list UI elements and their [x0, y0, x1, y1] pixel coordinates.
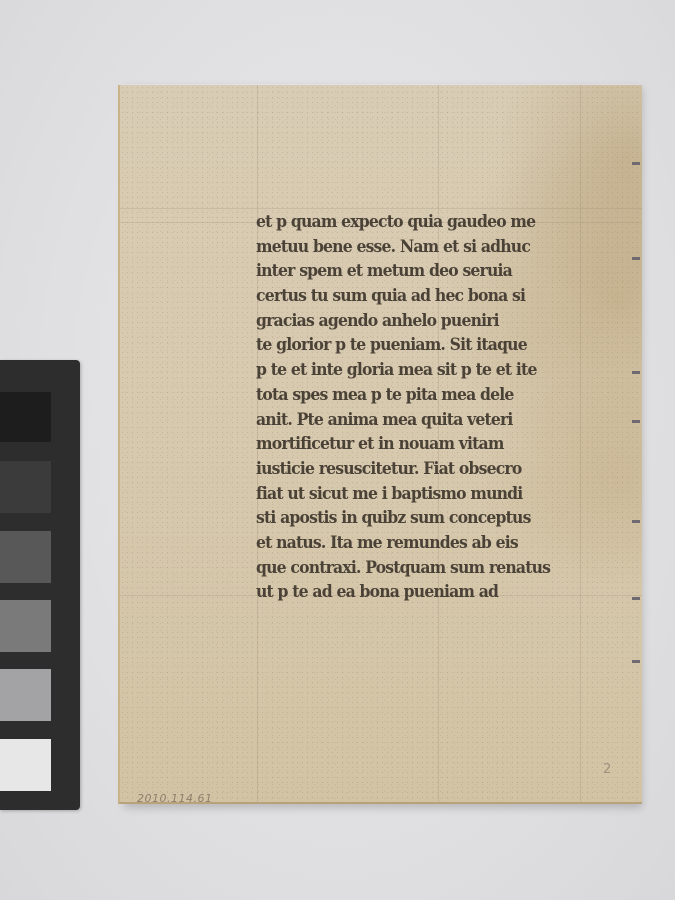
text-line: ut p te ad ea bona pueniam ad: [256, 580, 550, 605]
edge-notch: [632, 257, 640, 260]
swatch-medium-dark-gray: [0, 531, 51, 583]
text-line: certus tu sum quia ad hec bona si: [256, 284, 550, 309]
edge-notch: [632, 660, 640, 663]
edge-notch: [632, 597, 640, 600]
ruling-line-vertical: [580, 85, 581, 802]
swatch-dark-gray: [0, 461, 51, 513]
text-line: te glorior p te pueniam. Sit itaque: [256, 333, 550, 358]
manuscript-text-block: et p quam expecto quia gaudeo me metuu b…: [256, 210, 576, 605]
folio-number: 2: [603, 762, 611, 777]
accession-number: 2010.114.61: [137, 792, 212, 805]
swatch-black: [0, 392, 51, 442]
edge-notch: [632, 520, 640, 523]
text-line: inter spem et metum deo seruia: [256, 259, 550, 284]
swatch-medium-gray: [0, 600, 51, 652]
edge-notch: [632, 420, 640, 423]
edge-notch: [632, 162, 640, 165]
ruling-line-horizontal: [120, 208, 642, 209]
text-line: fiat ut sicut me i baptismo mundi: [256, 482, 550, 507]
text-line: sti apostis in quibz sum conceptus: [256, 506, 550, 531]
text-line: que contraxi. Postquam sum renatus: [256, 556, 550, 581]
text-line: tota spes mea p te pita mea dele: [256, 383, 550, 408]
swatch-light-gray: [0, 669, 51, 721]
edge-notch: [632, 371, 640, 374]
text-line: anit. Pte anima mea quita veteri: [256, 408, 550, 433]
text-line: et p quam expecto quia gaudeo me: [256, 210, 550, 235]
text-line: et natus. Ita me remundes ab eis: [256, 531, 550, 556]
text-line: metuu bene esse. Nam et si adhuc: [256, 235, 550, 260]
text-line: iusticie resuscitetur. Fiat obsecro: [256, 457, 550, 482]
grayscale-calibration-card: [0, 360, 80, 810]
swatch-white: [0, 739, 51, 791]
text-line: mortificetur et in nouam vitam: [256, 432, 550, 457]
text-line: p te et inte gloria mea sit p te et ite: [256, 358, 550, 383]
text-line: gracias agendo anhelo pueniri: [256, 309, 550, 334]
